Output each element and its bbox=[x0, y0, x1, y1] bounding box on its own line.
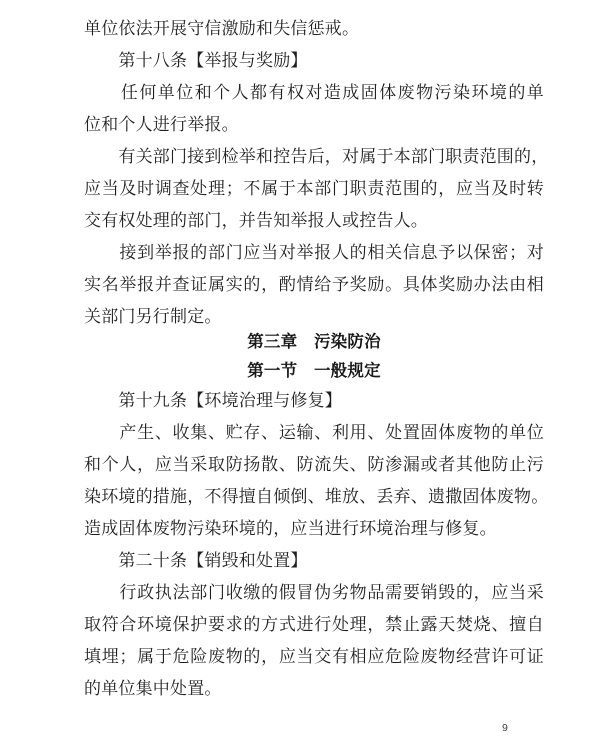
text-line: 交有权处理的部门，并告知举报人或控告人。 bbox=[84, 205, 544, 237]
text-line: 应当及时调查处理；不属于本部门职责范围的，应当及时转 bbox=[84, 173, 544, 205]
section-heading: 第一节 一般规定 bbox=[84, 356, 544, 385]
document-page: 单位依法开展守信激励和失信惩戒。 第十八条【举报与奖励】 任何单位和个人都有权对… bbox=[0, 0, 600, 747]
text-line: 产生、收集、贮存、运输、利用、处置固体废物的单位 bbox=[84, 417, 544, 449]
text-line: 行政执法部门收缴的假冒伪劣物品需要销毁的，应当采 bbox=[84, 577, 544, 609]
text-line: 接到举报的部门应当对举报人的相关信息予以保密；对 bbox=[84, 237, 544, 269]
text-line: 取符合环境保护要求的方式进行处理，禁止露天焚烧、擅自 bbox=[84, 609, 544, 641]
page-number: 9 bbox=[502, 721, 508, 735]
text-line: 位和个人进行举报。 bbox=[84, 109, 544, 141]
text-line: 造成固体废物污染环境的，应当进行环境治理与修复。 bbox=[84, 513, 544, 545]
text-line: 实名举报并查证属实的，酌情给予奖励。具体奖励办法由相 bbox=[84, 269, 544, 301]
text-line: 第二十条【销毁和处置】 bbox=[84, 545, 544, 577]
text-line: 染环境的措施，不得擅自倾倒、堆放、丢弃、遗撒固体废物。 bbox=[84, 481, 544, 513]
text-line: 和个人，应当采取防扬散、防流失、防渗漏或者其他防止污 bbox=[84, 449, 544, 481]
text-line: 第十八条【举报与奖励】 bbox=[84, 45, 544, 77]
text-line: 第十九条【环境治理与修复】 bbox=[84, 385, 544, 417]
text-line: 任何单位和个人都有权对造成固体废物污染环境的单 bbox=[84, 77, 544, 109]
text-line: 有关部门接到检举和控告后，对属于本部门职责范围的， bbox=[84, 141, 544, 173]
document-body: 单位依法开展守信激励和失信惩戒。 第十八条【举报与奖励】 任何单位和个人都有权对… bbox=[84, 13, 544, 705]
text-line: 的单位集中处置。 bbox=[84, 673, 544, 705]
text-line: 单位依法开展守信激励和失信惩戒。 bbox=[84, 13, 544, 45]
text-line: 填埋；属于危险废物的，应当交有相应危险废物经营许可证 bbox=[84, 641, 544, 673]
